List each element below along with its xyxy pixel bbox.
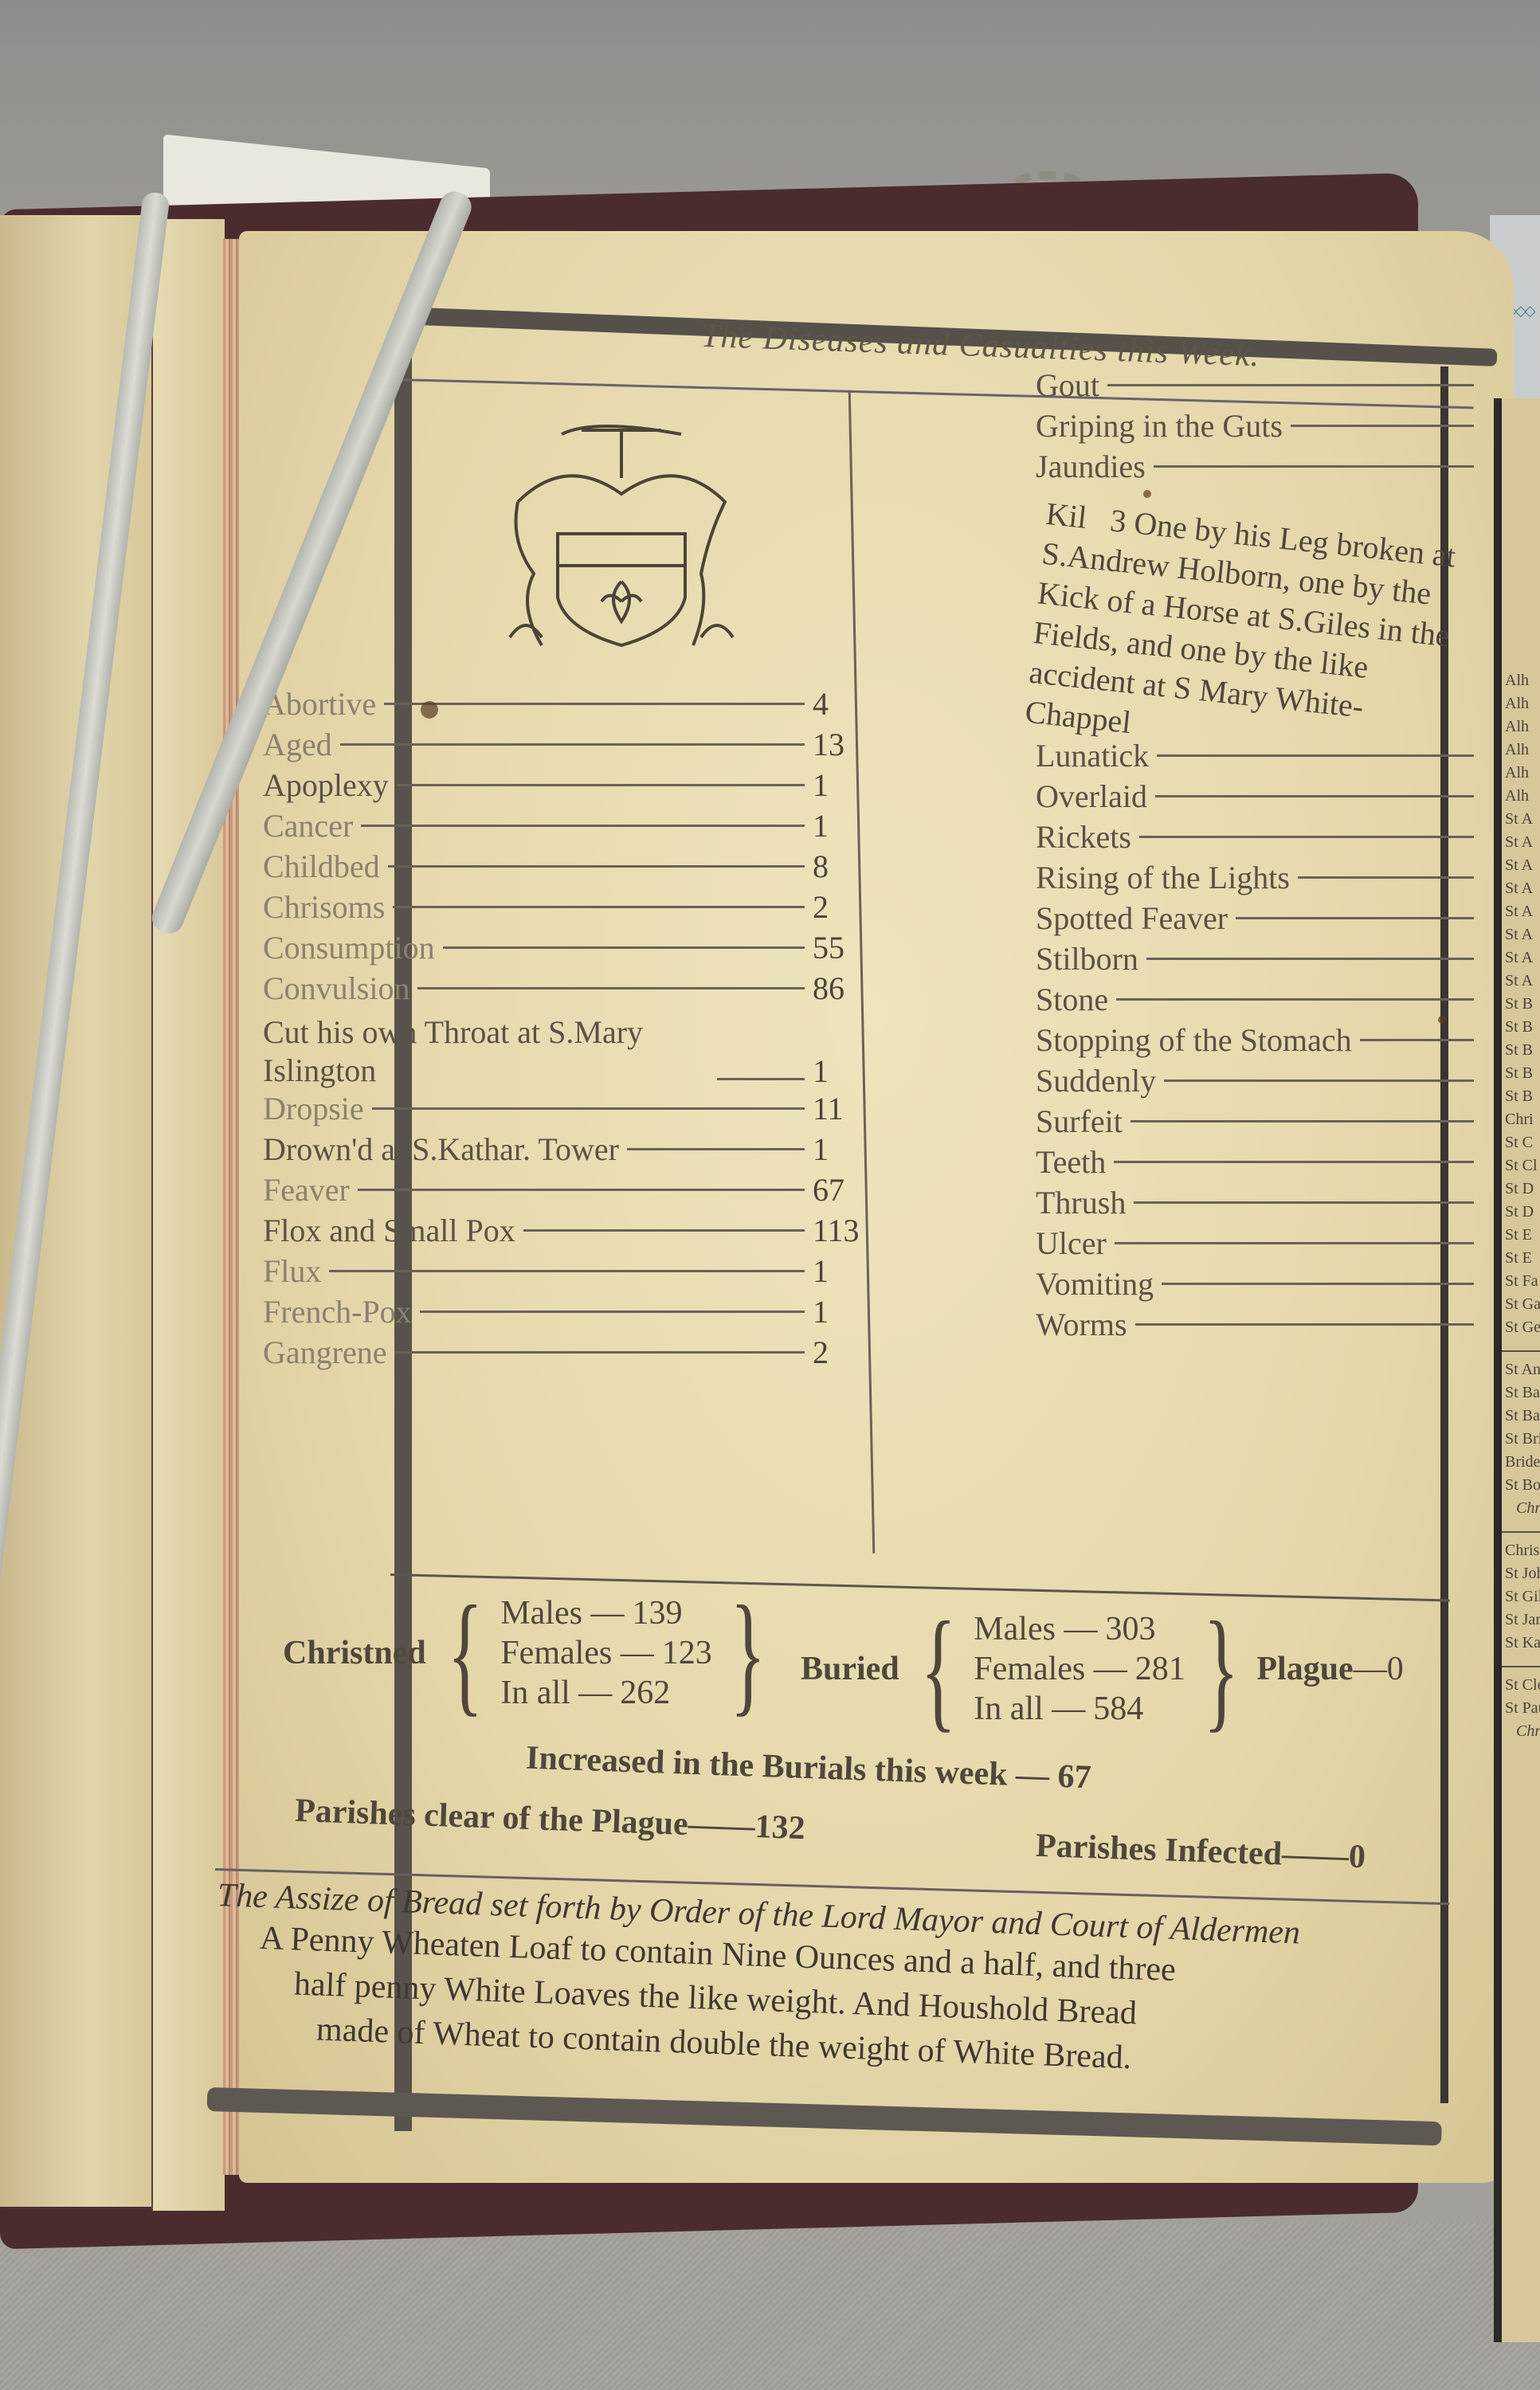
leader-line bbox=[1291, 425, 1474, 427]
killed-entry: Kil3 One by his Leg broken at S.Andrew H… bbox=[1023, 494, 1460, 775]
disease-row: Griping in the Guts bbox=[1036, 407, 1482, 448]
christned-total: In all —262 bbox=[500, 1673, 711, 1713]
disease-name: Gangrene bbox=[263, 1334, 386, 1371]
parish-name: St Gile bbox=[1502, 1585, 1540, 1608]
disease-row: Drown'd at S.Kathar. Tower1 bbox=[263, 1130, 868, 1171]
disease-row: Jaundies bbox=[1036, 448, 1482, 488]
disease-count: 13 bbox=[813, 726, 868, 763]
plague-label: Plague bbox=[1256, 1650, 1353, 1688]
disease-name: Cut his own Throat at S.Mary Islington bbox=[263, 1013, 709, 1090]
parish-name: St Bo bbox=[1502, 1474, 1540, 1497]
parish-name: Alh bbox=[1502, 669, 1540, 692]
disease-count: 1 bbox=[813, 1252, 868, 1290]
disease-name: Lunatick bbox=[1036, 737, 1149, 774]
leader-line bbox=[1139, 836, 1474, 838]
parish-name: St Ba bbox=[1502, 1381, 1540, 1405]
leader-line bbox=[372, 1107, 805, 1110]
disease-name: Ulcer bbox=[1036, 1224, 1107, 1262]
disease-row: Rising of the Lights bbox=[1036, 859, 1482, 899]
parish-name: St A bbox=[1502, 923, 1540, 946]
buried-males: Males —303 bbox=[974, 1609, 1185, 1649]
disease-row: French-Pox1 bbox=[263, 1293, 868, 1334]
parish-name: St A bbox=[1502, 970, 1540, 993]
parish-name: St A bbox=[1502, 808, 1540, 831]
disease-name: Overlaid bbox=[1036, 778, 1147, 815]
parish-name: St Kath bbox=[1502, 1632, 1540, 1655]
parish-name: St C bbox=[1502, 1131, 1540, 1154]
disease-row: Consumption55 bbox=[263, 929, 868, 970]
divider bbox=[1502, 1666, 1540, 1667]
disease-row: Suddenly bbox=[1036, 1062, 1482, 1103]
killed-description: One by his Leg broken at S.Andrew Holbor… bbox=[1024, 504, 1458, 740]
left-brace-icon: { bbox=[447, 1585, 483, 1721]
leader-line bbox=[420, 1311, 805, 1313]
parish-footer: Chr bbox=[1502, 1720, 1540, 1743]
christned-females: Females —123 bbox=[500, 1633, 711, 1673]
parish-name: Alh bbox=[1502, 692, 1540, 715]
parish-name: Alh bbox=[1502, 762, 1540, 785]
parish-name: St B bbox=[1502, 993, 1540, 1016]
disease-name: Convulsion bbox=[263, 970, 409, 1007]
christned-males: Males —139 bbox=[500, 1593, 711, 1633]
leader-line bbox=[361, 825, 805, 827]
disease-count: 1 bbox=[813, 1130, 868, 1168]
disease-row: Stopping of the Stomach bbox=[1036, 1021, 1482, 1062]
parish-name: St A bbox=[1502, 831, 1540, 854]
parish-name: St Fa bbox=[1502, 1270, 1540, 1293]
parish-name: St An bbox=[1502, 1358, 1540, 1381]
buried-females: Females —281 bbox=[974, 1649, 1185, 1689]
leader-line bbox=[1162, 1283, 1474, 1285]
buried-total: In all —584 bbox=[974, 1689, 1185, 1729]
disease-row: Teeth bbox=[1036, 1143, 1482, 1184]
leader-line bbox=[388, 865, 805, 868]
disease-name: Feaver bbox=[263, 1171, 350, 1209]
disease-row: Surfeit bbox=[1036, 1103, 1482, 1143]
disease-row: Gangrene2 bbox=[263, 1334, 868, 1374]
parish-name: St B bbox=[1502, 1039, 1540, 1062]
ink-stain bbox=[1438, 1016, 1446, 1024]
disease-name: Griping in the Guts bbox=[1036, 407, 1283, 445]
christned-label: Christned bbox=[283, 1634, 426, 1672]
leader-line bbox=[1115, 1242, 1474, 1244]
next-page-parish-list: AlhAlhAlhAlhAlhAlhSt ASt ASt ASt ASt ASt… bbox=[1494, 398, 1540, 2342]
leader-line bbox=[1134, 1201, 1474, 1204]
disease-row: Cancer1 bbox=[263, 807, 868, 848]
parish-name: St D bbox=[1502, 1177, 1540, 1201]
leader-line bbox=[1135, 1323, 1474, 1326]
disease-name: Suddenly bbox=[1036, 1062, 1156, 1099]
parish-footer: Chr bbox=[1502, 1497, 1540, 1520]
leader-line bbox=[1155, 795, 1474, 797]
disease-name: Apoplexy bbox=[263, 766, 389, 804]
killed-count: 3 bbox=[1108, 502, 1128, 539]
parish-name: St A bbox=[1502, 946, 1540, 970]
leader-line bbox=[1146, 958, 1474, 960]
disease-row: Aged13 bbox=[263, 726, 868, 766]
disease-count: 1 bbox=[813, 807, 868, 844]
ink-stain bbox=[1143, 490, 1151, 498]
disease-name: Stopping of the Stomach bbox=[1036, 1021, 1352, 1059]
disease-count: 67 bbox=[813, 1171, 868, 1209]
disease-name: Thrush bbox=[1036, 1184, 1126, 1221]
disease-row: Rickets bbox=[1036, 818, 1482, 859]
cloth-surface bbox=[0, 2223, 1540, 2390]
disease-row: Convulsion86 bbox=[263, 970, 868, 1010]
leader-line bbox=[1131, 1120, 1474, 1123]
disease-row: Chrisoms2 bbox=[263, 888, 868, 929]
disease-row: Lunatick bbox=[1036, 737, 1482, 778]
parish-name: St Jam bbox=[1502, 1608, 1540, 1632]
disease-count: 2 bbox=[813, 888, 868, 926]
leader-line bbox=[1236, 917, 1474, 919]
disease-row: Gout bbox=[1036, 366, 1482, 407]
coat-of-arms-icon bbox=[486, 398, 757, 653]
leader-line bbox=[1298, 876, 1474, 879]
left-brace-icon: { bbox=[920, 1601, 956, 1737]
disease-list-right: GoutGriping in the GutsJaundies Kil3 One… bbox=[1036, 366, 1482, 1346]
parish-name: St B bbox=[1502, 1062, 1540, 1085]
disease-name: Aged bbox=[263, 726, 332, 763]
divider bbox=[1502, 1531, 1540, 1533]
leader-line bbox=[1360, 1039, 1474, 1041]
leader-line bbox=[627, 1148, 805, 1150]
disease-name: Consumption bbox=[263, 929, 435, 966]
ink-stain bbox=[421, 701, 438, 719]
leader-line bbox=[1107, 384, 1474, 386]
disease-row: Worms bbox=[1036, 1306, 1482, 1346]
disease-row: Cut his own Throat at S.Mary Islington1 bbox=[263, 1010, 868, 1090]
disease-name: Worms bbox=[1036, 1306, 1127, 1343]
disease-count: 1 bbox=[813, 766, 868, 804]
leader-line bbox=[1157, 754, 1474, 757]
leader-line bbox=[1116, 998, 1474, 1001]
leader-line bbox=[384, 703, 805, 705]
disease-row: Vomiting bbox=[1036, 1265, 1482, 1306]
disease-row: Dropsie11 bbox=[263, 1090, 868, 1130]
leader-line bbox=[717, 1078, 805, 1080]
leader-line bbox=[1164, 1079, 1474, 1082]
leader-line bbox=[523, 1229, 805, 1232]
disease-name: Surfeit bbox=[1036, 1103, 1123, 1140]
weekly-summary: Christned { Males —139 Females —123 In a… bbox=[283, 1585, 1478, 1761]
disease-count: 1 bbox=[813, 1293, 868, 1330]
disease-row: Stone bbox=[1036, 981, 1482, 1021]
parish-name: St John bbox=[1502, 1562, 1540, 1585]
parish-name: St E bbox=[1502, 1247, 1540, 1270]
leader-line bbox=[393, 906, 805, 908]
buried-label: Buried bbox=[801, 1650, 899, 1688]
disease-row: Flox and Small Pox113 bbox=[263, 1212, 868, 1252]
disease-name: Jaundies bbox=[1036, 448, 1146, 485]
parish-name: St Ge bbox=[1502, 1316, 1540, 1339]
parish-name: Christ bbox=[1502, 1539, 1540, 1562]
christned-group: Christned { Males —139 Females —123 In a… bbox=[283, 1585, 783, 1721]
plague-count: 0 bbox=[1387, 1650, 1404, 1688]
leader-line bbox=[1114, 1161, 1474, 1163]
parish-name: St Ba bbox=[1502, 1405, 1540, 1428]
disease-row: Childbed8 bbox=[263, 848, 868, 888]
disease-name: Spotted Feaver bbox=[1036, 899, 1228, 937]
disease-count: 1 bbox=[813, 1052, 868, 1090]
disease-row: Abortive4 bbox=[263, 685, 868, 726]
disease-name: Flux bbox=[263, 1252, 321, 1290]
disease-count: 113 bbox=[813, 1212, 868, 1249]
parish-name: St A bbox=[1502, 877, 1540, 900]
parish-name: St Ga bbox=[1502, 1293, 1540, 1316]
leader-line bbox=[397, 784, 805, 786]
parish-name: St Paul bbox=[1502, 1697, 1540, 1720]
disease-count: 2 bbox=[813, 1334, 868, 1371]
killed-label: Kil bbox=[1044, 496, 1089, 535]
disease-row: Ulcer bbox=[1036, 1224, 1482, 1265]
disease-name: Stone bbox=[1036, 981, 1108, 1018]
disease-count: 4 bbox=[813, 685, 868, 723]
disease-name: Rising of the Lights bbox=[1036, 859, 1290, 896]
disease-name: Rickets bbox=[1036, 818, 1131, 856]
parish-name: St Bri bbox=[1502, 1428, 1540, 1451]
buried-group: Buried { Males —303 Females —281 In all … bbox=[801, 1601, 1404, 1737]
disease-row: Spotted Feaver bbox=[1036, 899, 1482, 940]
disease-count: 86 bbox=[813, 970, 868, 1007]
disease-count: 55 bbox=[813, 929, 868, 966]
parish-name: St D bbox=[1502, 1201, 1540, 1224]
parish-name: St Cl bbox=[1502, 1154, 1540, 1177]
right-brace-icon: } bbox=[730, 1585, 766, 1721]
disease-name: Stilborn bbox=[1036, 940, 1138, 978]
disease-row: Overlaid bbox=[1036, 778, 1482, 818]
disease-count: 11 bbox=[813, 1090, 868, 1127]
disease-name: French-Pox bbox=[263, 1293, 412, 1330]
divider bbox=[1502, 1350, 1540, 1352]
disease-count: 8 bbox=[813, 848, 868, 885]
disease-row: Thrush bbox=[1036, 1184, 1482, 1224]
disease-row: Flux1 bbox=[263, 1252, 868, 1293]
disease-name: Childbed bbox=[263, 848, 380, 885]
parish-name: St B bbox=[1502, 1016, 1540, 1039]
disease-name: Chrisoms bbox=[263, 888, 385, 926]
disease-name: Dropsie bbox=[263, 1090, 364, 1127]
leader-line bbox=[329, 1270, 805, 1272]
leader-line bbox=[1154, 465, 1474, 468]
disease-list-left: Abortive4Aged13Apoplexy1Cancer1Childbed8… bbox=[263, 685, 868, 1374]
leader-line bbox=[394, 1351, 805, 1354]
right-brace-icon: } bbox=[1203, 1601, 1239, 1737]
disease-name: Cancer bbox=[263, 807, 353, 844]
leader-line bbox=[443, 946, 805, 949]
disease-name: Drown'd at S.Kathar. Tower bbox=[263, 1130, 619, 1168]
disease-name: Gout bbox=[1036, 366, 1099, 404]
disease-row: Apoplexy1 bbox=[263, 766, 868, 807]
parish-name: St A bbox=[1502, 900, 1540, 923]
parish-name: St Clem bbox=[1502, 1674, 1540, 1697]
parish-name: Alh bbox=[1502, 785, 1540, 808]
leader-line bbox=[417, 987, 805, 989]
parish-name: St B bbox=[1502, 1085, 1540, 1108]
parish-name: Bride bbox=[1502, 1451, 1540, 1474]
parish-name: Chri bbox=[1502, 1108, 1540, 1131]
parish-name: St A bbox=[1502, 854, 1540, 877]
leader-line bbox=[358, 1189, 805, 1191]
disease-name: Abortive bbox=[263, 685, 376, 723]
disease-name: Teeth bbox=[1036, 1143, 1106, 1181]
disease-row: Feaver67 bbox=[263, 1171, 868, 1212]
parish-name: Alh bbox=[1502, 715, 1540, 739]
parish-name: Alh bbox=[1502, 739, 1540, 762]
disease-name: Vomiting bbox=[1036, 1265, 1154, 1303]
disease-name: Flox and Small Pox bbox=[263, 1212, 515, 1249]
left-page-inner bbox=[151, 219, 225, 2211]
leader-line bbox=[340, 743, 805, 746]
disease-row: Stilborn bbox=[1036, 940, 1482, 981]
parish-name: St E bbox=[1502, 1224, 1540, 1247]
